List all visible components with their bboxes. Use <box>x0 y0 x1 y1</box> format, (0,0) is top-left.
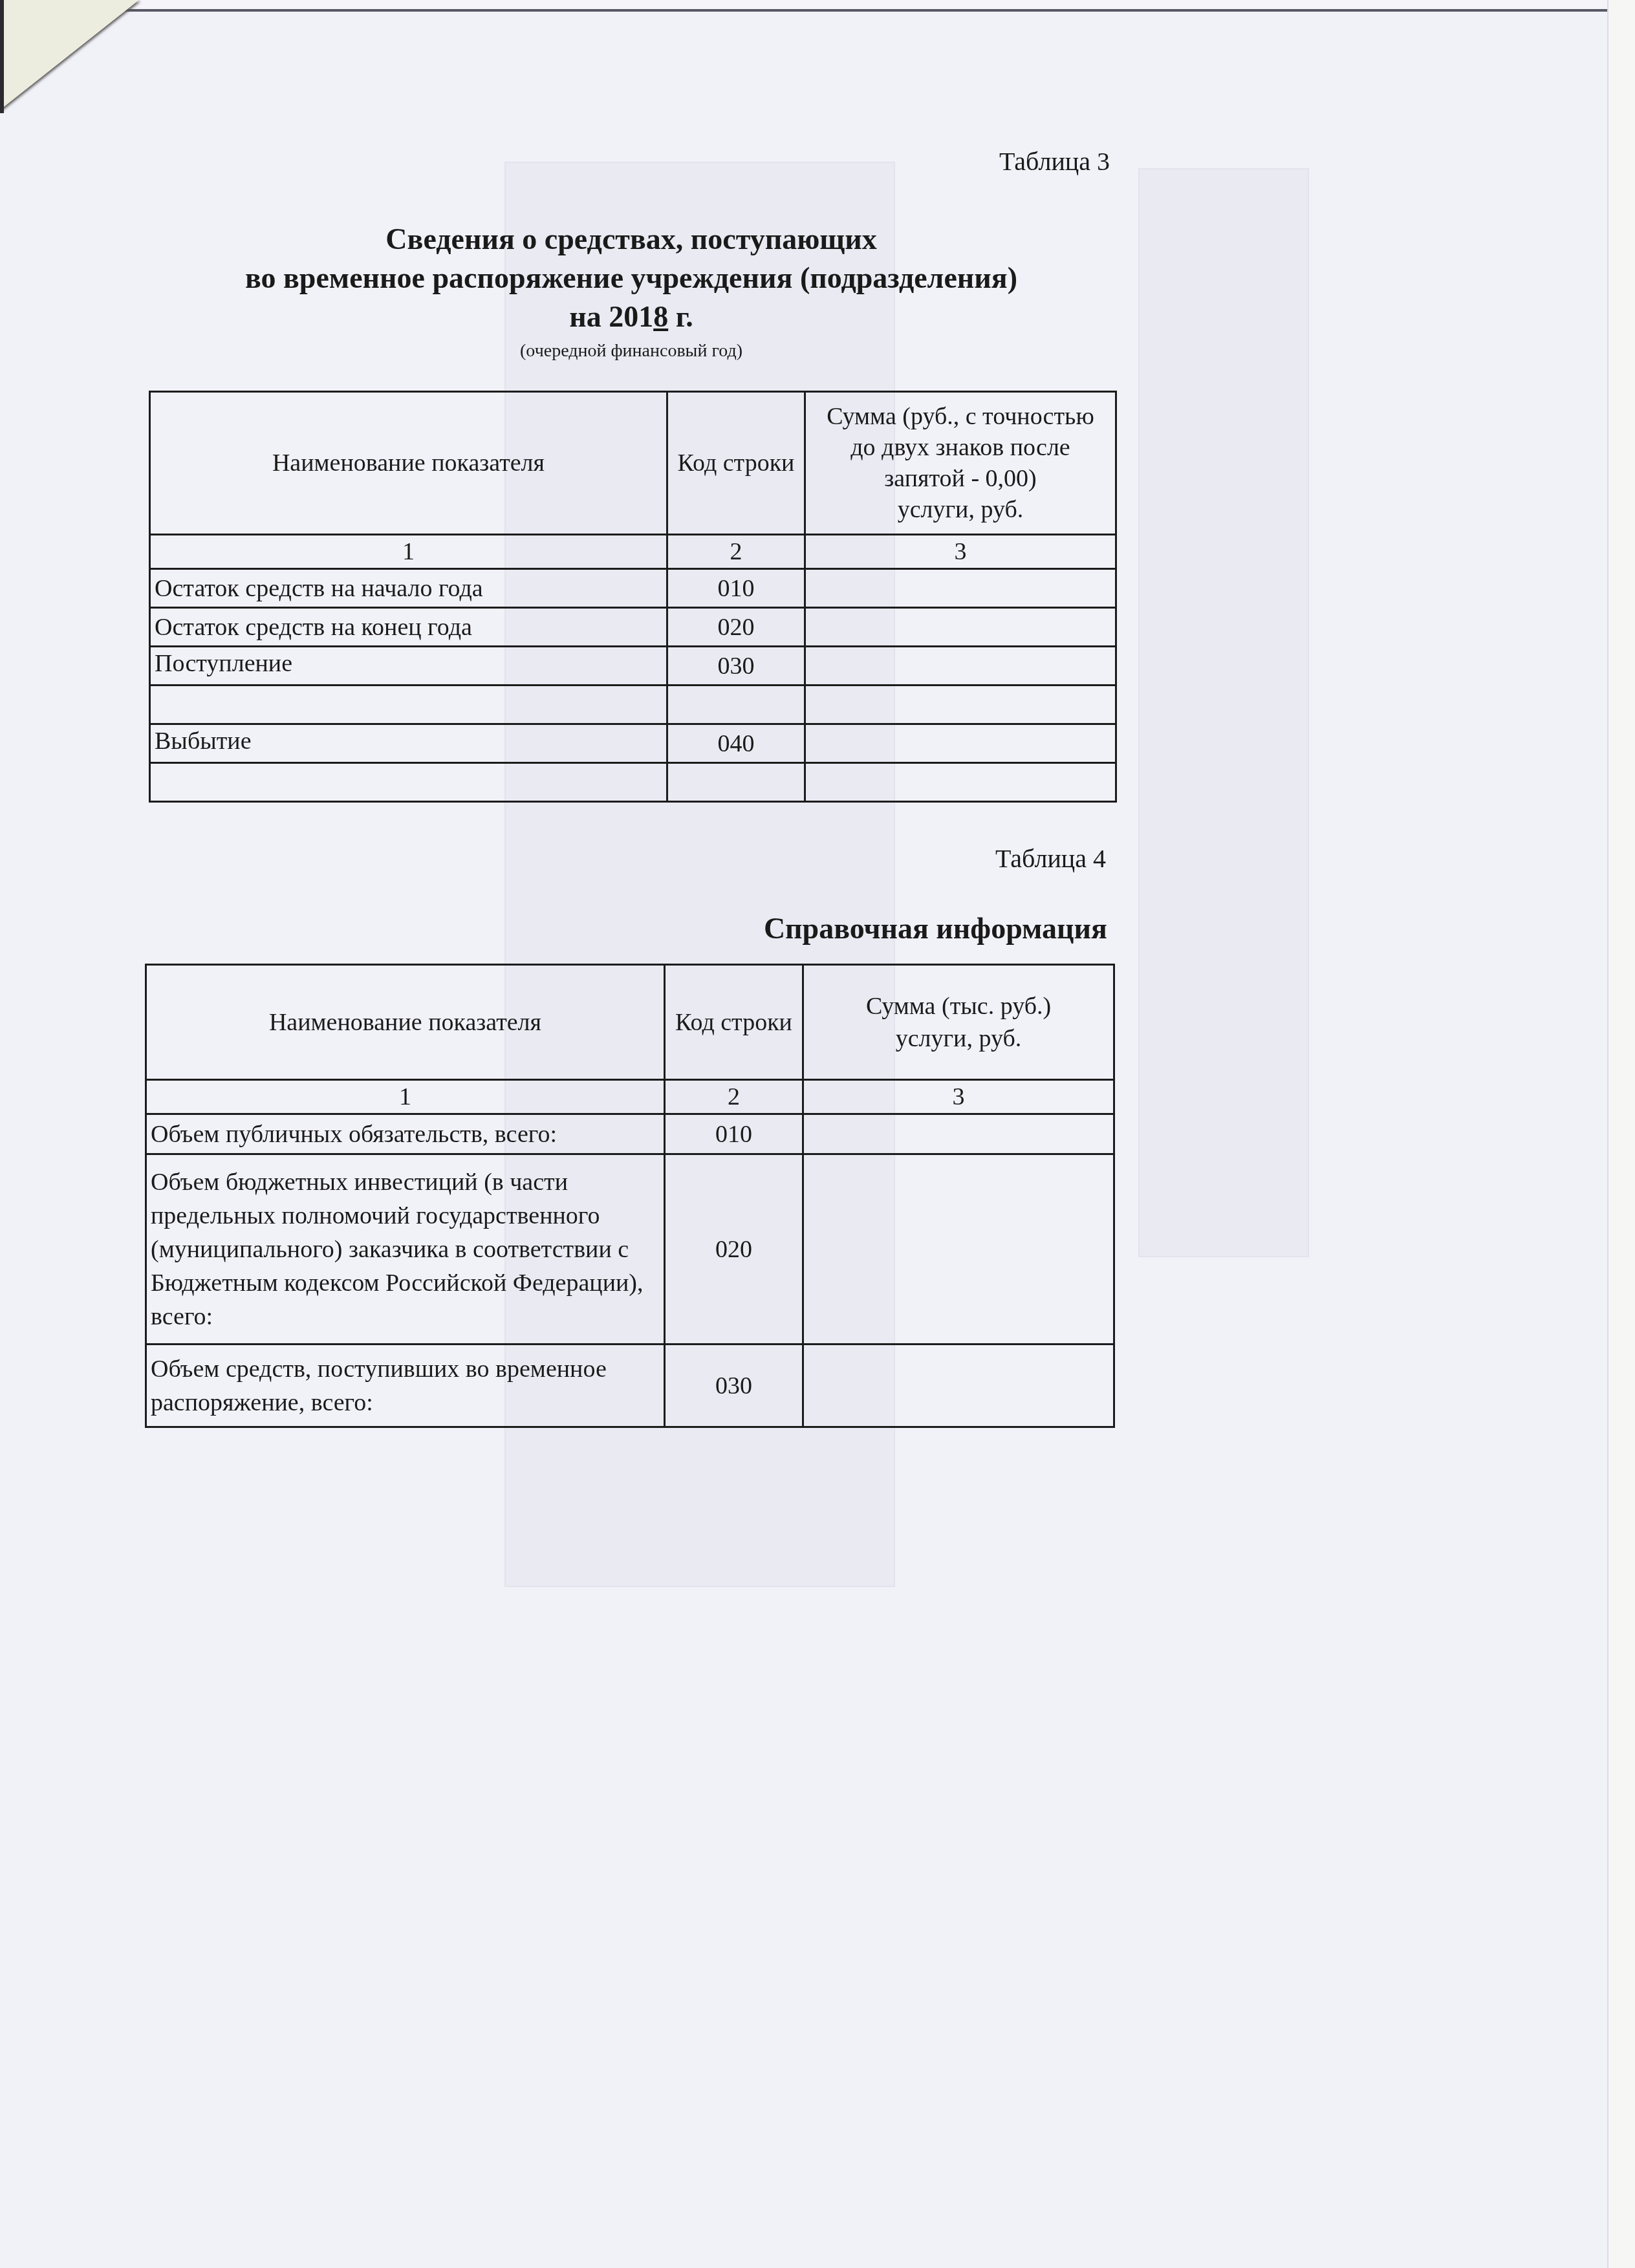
row-name: Остаток средств на начало года <box>150 569 667 608</box>
row-code: 010 <box>667 569 805 608</box>
sum-line: до двух знаков после <box>810 432 1111 463</box>
row-name: Поступление <box>150 647 667 686</box>
table4-heading: Справочная информация <box>525 911 1107 947</box>
row-code: 010 <box>665 1114 803 1154</box>
table-row: Объем публичных обязательств, всего: 010 <box>146 1114 1114 1154</box>
table3: Наименование показателя Код строки Сумма… <box>149 391 1117 803</box>
table3-title-line2: во временное распоряжение учреждения (по… <box>149 259 1114 297</box>
row-code: 020 <box>667 608 805 647</box>
row-code: 040 <box>667 724 805 763</box>
row-name: Выбытие <box>150 724 667 763</box>
year-underlined-digit: 8 <box>653 300 668 333</box>
row-code <box>667 763 805 802</box>
row-value-field[interactable] <box>805 569 1116 608</box>
colnum-cell: 1 <box>146 1080 665 1114</box>
table-row: Остаток средств на конец года 020 <box>150 608 1116 647</box>
table-row <box>150 763 1116 802</box>
row-value-field[interactable] <box>805 724 1116 763</box>
colnum-cell: 3 <box>805 535 1116 569</box>
table4-header-name: Наименование показателя <box>146 965 665 1080</box>
sum-line: услуги, руб. <box>810 494 1111 525</box>
sum-line: запятой - 0,00) <box>810 463 1111 494</box>
table4-colnum-row: 1 2 3 <box>146 1080 1114 1114</box>
row-name <box>150 686 667 724</box>
table4-header-sum: Сумма (тыс. руб.) услуги, руб. <box>803 965 1114 1080</box>
table3-header-sum: Сумма (руб., с точностью до двух знаков … <box>805 392 1116 535</box>
table3-title-year: на 2018 г. <box>149 297 1114 336</box>
row-name <box>150 763 667 802</box>
colnum-cell: 1 <box>150 535 667 569</box>
table-row <box>150 686 1116 724</box>
scanner-edge <box>1607 0 1635 2268</box>
scanner-shadow <box>0 0 4 113</box>
colnum-cell: 2 <box>667 535 805 569</box>
table3-title-line1: Сведения о средствах, поступающих <box>149 220 1114 259</box>
table4: Наименование показателя Код строки Сумма… <box>145 964 1115 1428</box>
folded-corner <box>0 0 139 110</box>
colnum-cell: 2 <box>665 1080 803 1114</box>
sum-line: Сумма (тыс. руб.) <box>808 990 1109 1022</box>
year-prefix: на <box>569 300 609 333</box>
table-row: Объем бюджетных инвестиций (в части пред… <box>146 1154 1114 1345</box>
table3-colnum-row: 1 2 3 <box>150 535 1116 569</box>
table3-header-code: Код строки <box>667 392 805 535</box>
year-main: 201 <box>609 300 653 333</box>
table-row: Объем средств, поступивших во временное … <box>146 1345 1114 1427</box>
colnum-cell: 3 <box>803 1080 1114 1114</box>
row-value-field[interactable] <box>805 608 1116 647</box>
table4-label: Таблица 4 <box>718 843 1106 874</box>
row-value-field[interactable] <box>805 686 1116 724</box>
row-value-field[interactable] <box>803 1114 1114 1154</box>
row-code: 020 <box>665 1154 803 1345</box>
table3-header-row: Наименование показателя Код строки Сумма… <box>150 392 1116 535</box>
sum-line: услуги, руб. <box>808 1022 1109 1055</box>
table3-label: Таблица 3 <box>722 146 1110 177</box>
row-code: 030 <box>665 1345 803 1427</box>
table-row: Выбытие 040 <box>150 724 1116 763</box>
row-value-field[interactable] <box>805 647 1116 686</box>
row-name: Объем публичных обязательств, всего: <box>146 1114 665 1154</box>
table4-header-code: Код строки <box>665 965 803 1080</box>
row-name: Объем средств, поступивших во временное … <box>146 1345 665 1427</box>
row-value-field[interactable] <box>803 1345 1114 1427</box>
table4-header-row: Наименование показателя Код строки Сумма… <box>146 965 1114 1080</box>
row-name: Остаток средств на конец года <box>150 608 667 647</box>
year-suffix: г. <box>668 300 693 333</box>
table-row: Остаток средств на начало года 010 <box>150 569 1116 608</box>
row-code: 030 <box>667 647 805 686</box>
sum-line: Сумма (руб., с точностью <box>810 401 1111 432</box>
row-value-field[interactable] <box>805 763 1116 802</box>
table-row: Поступление 030 <box>150 647 1116 686</box>
row-value-field[interactable] <box>803 1154 1114 1345</box>
table3-header-name: Наименование показателя <box>150 392 667 535</box>
table3-subtitle: (очередной финансовый год) <box>149 340 1114 363</box>
row-code <box>667 686 805 724</box>
bleed-through <box>1138 168 1309 1257</box>
row-name: Объем бюджетных инвестиций (в части пред… <box>146 1154 665 1345</box>
